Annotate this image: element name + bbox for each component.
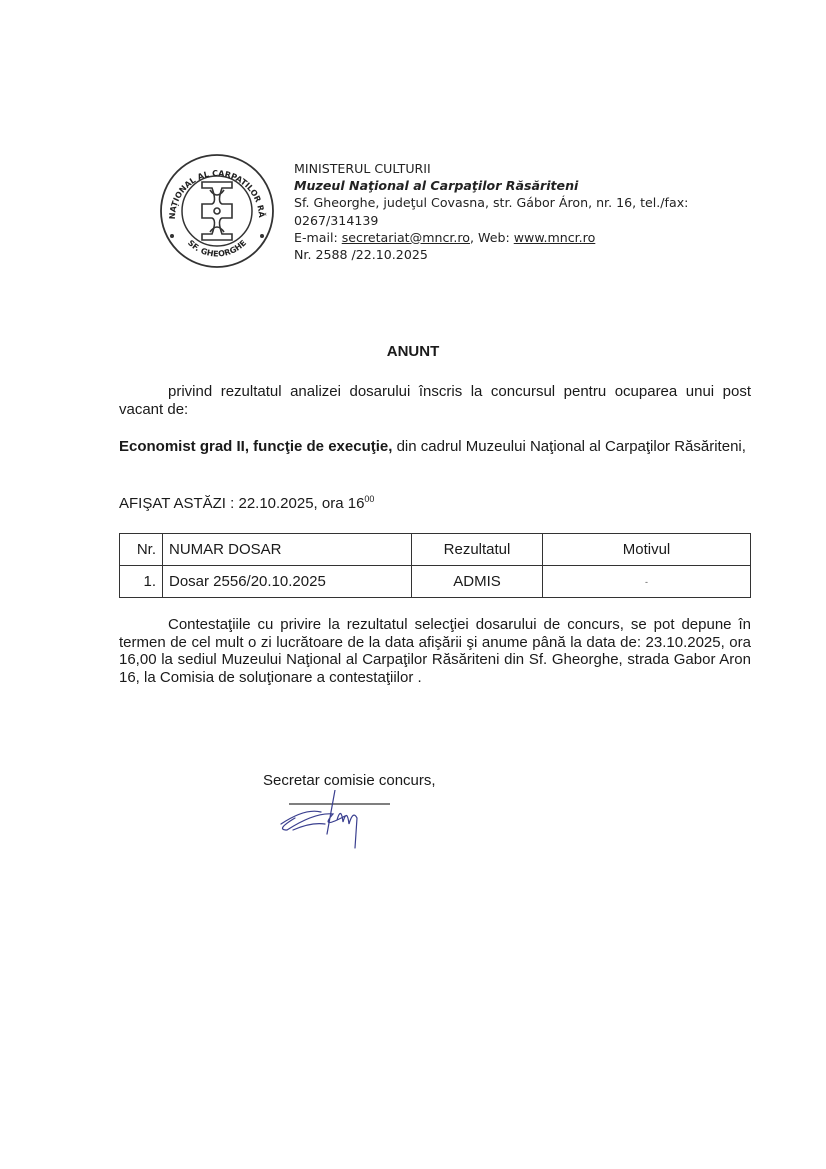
cell-reason: -	[543, 566, 751, 598]
table-row: 1. Dosar 2556/20.10.2025 ADMIS -	[120, 566, 751, 598]
contestations-paragraph: Contestaţiile cu privire la rezultatul s…	[119, 616, 751, 686]
web-link[interactable]: www.mncr.ro	[514, 230, 596, 245]
museum-seal-icon: MUZEUL NAȚIONAL AL CARPAȚILOR RĂSĂRITENI…	[158, 152, 276, 270]
handwritten-signature-icon	[275, 790, 395, 860]
posted-date: AFIŞAT ASTĂZI : 22.10.2025, ora 1600	[119, 495, 751, 513]
ministry-name: MINISTERUL CULTURII	[294, 160, 688, 177]
cell-result: ADMIS	[412, 566, 543, 598]
cell-nr: 1.	[120, 566, 163, 598]
intro-paragraph: privind rezultatul analizei dosarului în…	[119, 383, 751, 418]
position-title: Economist grad II, funcţie de execuţie,	[119, 438, 392, 455]
results-table: Nr. NUMAR DOSAR Rezultatul Motivul 1. Do…	[119, 533, 751, 598]
registration-number: Nr. 2588 /22.10.2025	[294, 246, 688, 263]
position-paragraph: Economist grad II, funcţie de execuţie, …	[119, 438, 751, 456]
header-file-number: NUMAR DOSAR	[163, 534, 412, 566]
address-line: Sf. Gheorghe, judeţul Covasna, str. Gábo…	[294, 194, 688, 211]
phone-line: 0267/314139	[294, 212, 688, 229]
svg-text:SF. GHEORGHE: SF. GHEORGHE	[186, 238, 248, 258]
header-result: Rezultatul	[412, 534, 543, 566]
contact-line: E-mail: secretariat@mncr.ro, Web: www.mn…	[294, 229, 688, 246]
institution-name: Muzeul Naţional al Carpaţilor Răsăriteni	[294, 177, 688, 194]
email-link[interactable]: secretariat@mncr.ro	[342, 230, 470, 245]
museum-logo: MUZEUL NAȚIONAL AL CARPAȚILOR RĂSĂRITENI…	[158, 152, 276, 270]
signature-label: Secretar comisie concurs,	[263, 772, 436, 789]
header-reason: Motivul	[543, 534, 751, 566]
table-header-row: Nr. NUMAR DOSAR Rezultatul Motivul	[120, 534, 751, 566]
cell-file-number: Dosar 2556/20.10.2025	[163, 566, 412, 598]
letterhead: MINISTERUL CULTURII Muzeul Naţional al C…	[294, 160, 688, 263]
signature	[275, 790, 395, 860]
document-title: ANUNT	[0, 343, 826, 360]
header-nr: Nr.	[120, 534, 163, 566]
